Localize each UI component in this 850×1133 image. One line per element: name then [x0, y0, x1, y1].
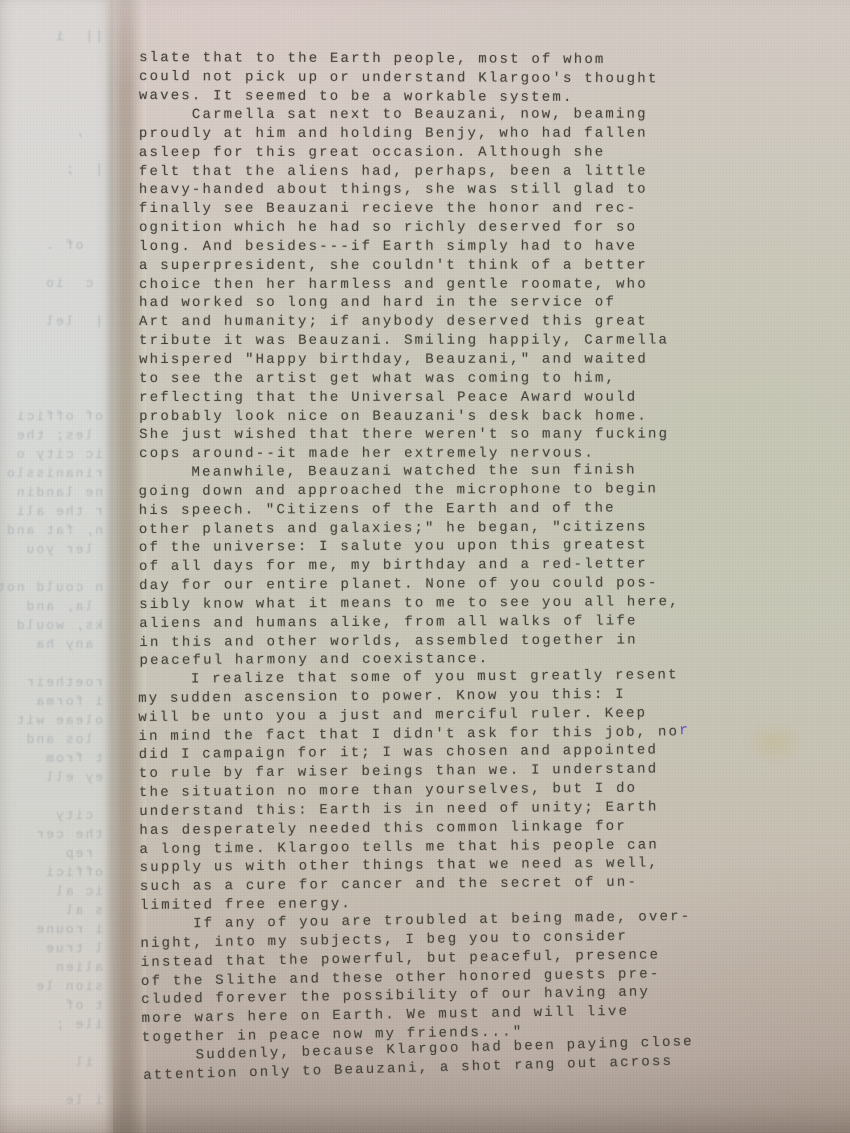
bleed-line: [2, 654, 103, 673]
bleed-line: rinanisslo: [2, 464, 103, 483]
handwritten-ink-correction: r: [679, 722, 688, 739]
bleed-line: ler you: [2, 540, 103, 559]
bleed-line: t of: [2, 996, 103, 1015]
bleed-line: ne landin: [2, 483, 103, 502]
text-line: She just wished that there weren't so ma…: [139, 425, 694, 444]
bleed-line: offici: [2, 863, 103, 882]
text-line: reflecting that the Universal Peace Awar…: [139, 388, 694, 407]
paragraph: I realize that some of you must greatly …: [138, 666, 695, 916]
text-line: tribute it was Beauzani. Smiling happily…: [139, 331, 694, 350]
bleed-line: ey ell: [2, 768, 103, 787]
bleed-line: any ha: [2, 635, 103, 654]
bleed-line: sion le: [2, 977, 103, 996]
bleed-line: [2, 787, 103, 806]
bleed-line: | ;: [2, 160, 103, 179]
bleed-line: i roune: [2, 920, 103, 939]
text-line: probably look nice on Beauzani's desk ba…: [139, 407, 694, 426]
bleed-line: t from: [2, 749, 103, 768]
bleed-line: [2, 350, 103, 369]
text-line: in this and other worlds, assembled toge…: [139, 630, 694, 652]
paragraph: If any of you are troubled at being made…: [140, 908, 695, 1048]
text-line: slate that to the Earth people, most of …: [139, 49, 694, 70]
text-line: of the universe: I salute you upon this …: [139, 536, 694, 558]
bleed-line: [2, 198, 103, 217]
bleed-line: n, fat and: [2, 521, 103, 540]
bleed-line: of .: [2, 236, 103, 255]
bleed-line: [2, 331, 103, 350]
bleed-line: s al: [2, 901, 103, 920]
bleed-line: [2, 217, 103, 236]
bleed-line: ,: [2, 122, 103, 141]
text-line: had worked so long and hard in the servi…: [139, 293, 694, 312]
bleed-line: l true: [2, 939, 103, 958]
photo-of-typewritten-page: || i ,| ; of . c io| lelof offici les; t…: [0, 0, 850, 1133]
text-line: proudly at him and holding Benjy, who ha…: [139, 124, 694, 143]
bleed-line: the cer: [2, 825, 103, 844]
text-line: going down and approached the microphone…: [139, 479, 694, 501]
bleed-line: i forma: [2, 692, 103, 711]
text-line: a superpresident, she couldn't think of …: [139, 256, 694, 275]
bleed-line: city: [2, 806, 103, 825]
bleed-line: of offici: [2, 407, 103, 426]
bleed-line: [2, 84, 103, 103]
text-line: other planets and galaxies;" he began, "…: [139, 517, 694, 539]
bleed-line: la, and: [2, 597, 103, 616]
previous-page-edge: || i ,| ; of . c io| lelof offici les; t…: [0, 0, 113, 1133]
paragraph: Carmella sat next to Beauzani, now, beam…: [139, 105, 695, 464]
bleed-line: [2, 65, 103, 84]
bleed-line: ic city o: [2, 445, 103, 464]
bleed-line: oleae wit: [2, 711, 103, 730]
bleed-line: les; the: [2, 426, 103, 445]
text-line: long. And besides---if Earth simply had …: [139, 237, 694, 256]
bleed-line: [2, 1034, 103, 1053]
bleed-line: [2, 46, 103, 65]
text-line: felt that the aliens had, perhaps, been …: [139, 162, 694, 181]
text-line: sibly know what it means to me to see yo…: [139, 593, 694, 615]
paragraph: Meanwhile, Beauzani watched the sun fini…: [138, 461, 694, 671]
paper-stain: [742, 722, 806, 764]
bleed-line: ile ;: [2, 1015, 103, 1034]
bleed-line: [2, 8, 103, 27]
bleed-line: [2, 103, 103, 122]
text-line: Meanwhile, Beauzani watched the sun fini…: [138, 461, 693, 483]
bleed-line: alien: [2, 958, 103, 977]
photo-bottom-shadow: [0, 1103, 850, 1133]
bleed-line: roetheir: [2, 673, 103, 692]
text-line: day for our entire planet. None of you c…: [139, 574, 694, 596]
bleed-line: [2, 141, 103, 160]
text-line: could not pick up or understand Klargoo'…: [139, 68, 694, 89]
text-line: aliens and humans alike, from all walks …: [139, 611, 694, 633]
bleed-line: [2, 293, 103, 312]
text-line: to see the artist get what was coming to…: [139, 369, 694, 388]
bleed-line: r the ali: [2, 502, 103, 521]
typed-text: in mind the fact that I didn't ask for t…: [138, 724, 679, 745]
text-line: ognition which he had so richly deserved…: [139, 218, 694, 237]
text-line: his speech. "Citizens of the Earth and o…: [139, 498, 694, 520]
bleed-line: [2, 255, 103, 274]
text-line: finally see Beauzani recieve the honor a…: [139, 199, 694, 218]
paragraph: slate that to the Earth people, most of …: [139, 49, 695, 108]
bleed-line: [2, 179, 103, 198]
bleed-line: c io: [2, 274, 103, 293]
text-line: Art and humanity; if anybody deserved th…: [139, 312, 694, 331]
bleed-line: los and: [2, 730, 103, 749]
bleed-through-text: || i ,| ; of . c io| lelof offici les; t…: [2, 8, 103, 1110]
bleed-line: | lel: [2, 312, 103, 331]
bleed-line: il: [2, 1053, 103, 1072]
text-line: heavy-handed about things, she was still…: [139, 180, 694, 199]
bleed-line: n could not: [2, 578, 103, 597]
text-line: whispered "Happy birthday, Beauzani," an…: [139, 350, 694, 369]
text-line: asleep for this great occasion. Although…: [139, 143, 694, 162]
bleed-line: [2, 369, 103, 388]
bleed-line: || i: [2, 27, 103, 46]
bleed-line: [2, 1072, 103, 1091]
text-line: Carmella sat next to Beauzani, now, beam…: [139, 105, 694, 124]
bleed-line: ic al: [2, 882, 103, 901]
text-line: of all days for me, my birthday and a re…: [139, 555, 694, 577]
bleed-line: ks, would: [2, 616, 103, 635]
bleed-line: rep: [2, 844, 103, 863]
bleed-line: [2, 559, 103, 578]
bleed-line: [2, 388, 103, 407]
text-line: choice then her harmless and gentle room…: [139, 275, 694, 294]
typewritten-text: slate that to the Earth people, most of …: [139, 49, 694, 1085]
